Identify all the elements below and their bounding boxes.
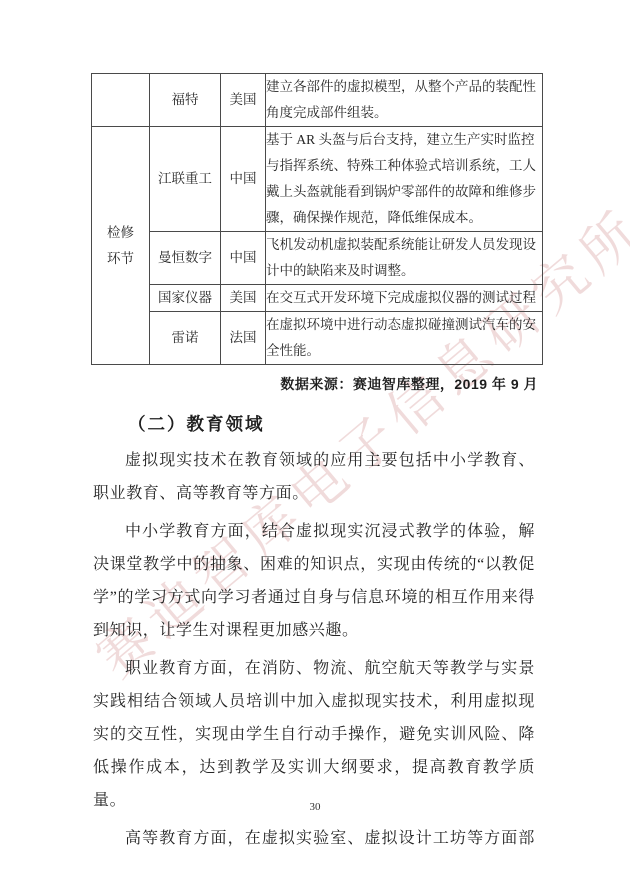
company-cell: 福特 — [150, 74, 221, 127]
country-cell: 中国 — [221, 127, 266, 232]
paragraph: 高等教育方面，在虚拟实验室、虚拟设计工坊等方面部 — [93, 822, 535, 855]
country-cell: 美国 — [221, 74, 266, 127]
country-cell: 法国 — [221, 312, 266, 365]
table-row: 曼恒数字 中国 飞机发动机虚拟装配系统能让研发人员发现设计中的缺陷来及时调整。 — [92, 232, 543, 285]
company-cell: 江联重工 — [150, 127, 221, 232]
paragraph: 中小学教育方面，结合虚拟现实沉浸式教学的体验，解决课堂教学中的抽象、困难的知识点… — [93, 515, 535, 647]
stage-cell-maintenance: 检修环节 — [92, 127, 150, 365]
description-cell: 建立各部件的虚拟模型，从整个产品的装配性角度完成部件组装。 — [266, 74, 543, 127]
table-row: 国家仪器 美国 在交互式开发环境下完成虚拟仪器的测试过程 — [92, 285, 543, 312]
description-cell: 在交互式开发环境下完成虚拟仪器的测试过程 — [266, 285, 543, 312]
stage-cell-empty — [92, 74, 150, 127]
description-cell: 基于 AR 头盔与后台支持，建立生产实时监控与指挥系统、特殊工种体验式培训系统，… — [266, 127, 543, 232]
description-cell: 飞机发动机虚拟装配系统能让研发人员发现设计中的缺陷来及时调整。 — [266, 232, 543, 285]
company-cell: 国家仪器 — [150, 285, 221, 312]
table-row: 检修环节 江联重工 中国 基于 AR 头盔与后台支持，建立生产实时监控与指挥系统… — [92, 127, 543, 232]
table-row: 雷诺 法国 在虚拟环境中进行动态虚拟碰撞测试汽车的安全性能。 — [92, 312, 543, 365]
data-source-note: 数据来源：赛迪智库整理，2019 年 9 月 — [91, 374, 538, 394]
stage-label: 检修环节 — [105, 220, 136, 272]
paragraph: 职业教育方面，在消防、物流、航空航天等教学与实景实践相结合领域人员培训中加入虚拟… — [93, 652, 535, 817]
section-heading: （二）教育领域 — [93, 412, 536, 436]
page-content: 福特 美国 建立各部件的虚拟模型，从整个产品的装配性角度完成部件组装。 检修环节… — [0, 73, 630, 855]
company-cell: 雷诺 — [150, 312, 221, 365]
body-text: 虚拟现实技术在教育领域的应用主要包括中小学教育、职业教育、高等教育等方面。 中小… — [93, 444, 535, 855]
table-row: 福特 美国 建立各部件的虚拟模型，从整个产品的装配性角度完成部件组装。 — [92, 74, 543, 127]
country-cell: 美国 — [221, 285, 266, 312]
company-cell: 曼恒数字 — [150, 232, 221, 285]
document-page: 赛迪智库电子信息研究所 福特 美国 建立各部件的虚拟模型，从整个产品的装配性角度… — [0, 0, 630, 890]
country-cell: 中国 — [221, 232, 266, 285]
vr-applications-table: 福特 美国 建立各部件的虚拟模型，从整个产品的装配性角度完成部件组装。 检修环节… — [91, 73, 543, 365]
description-cell: 在虚拟环境中进行动态虚拟碰撞测试汽车的安全性能。 — [266, 312, 543, 365]
paragraph: 虚拟现实技术在教育领域的应用主要包括中小学教育、职业教育、高等教育等方面。 — [93, 444, 535, 510]
